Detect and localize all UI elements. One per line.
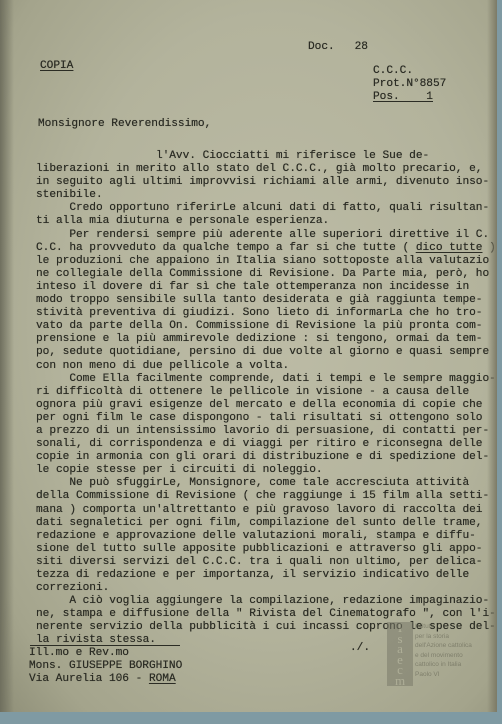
- body-line: sione del tutto sulle apposite pubblicaz…: [36, 543, 496, 556]
- body-line: correzioni.: [36, 582, 496, 595]
- body-line: prensione e la più ammirevole dedizione …: [36, 333, 496, 346]
- isacem-watermark-logo: Isaecm Istituto per la storia dell'Azion…: [387, 622, 479, 686]
- addressee-name: Mons. GIUSEPPE BORGHINO: [29, 660, 182, 672]
- logo-letter: m: [387, 676, 413, 687]
- body-line: mana ) comporta un'altrettanto e più gra…: [36, 504, 496, 517]
- body-line: siti diversi servizi del C.C.C. tra i qu…: [36, 556, 496, 569]
- addressee-street: Via Aurelia 106 -: [29, 673, 149, 685]
- addressee-title: Ill.mo e Rev.mo: [29, 647, 129, 659]
- body-line: a prezzo di un intensissimo lavorio di p…: [36, 425, 496, 438]
- body-line: Credo opportuno riferirLe alcuni dati di…: [36, 202, 496, 215]
- body-line: tezza di redazione e per importanza, il …: [36, 569, 496, 582]
- body-line: della Commissione di Revisione ( che rag…: [36, 490, 496, 503]
- logo-institution-text: Istituto per la storia dell'Azione catto…: [415, 622, 472, 680]
- body-line: le copie stesse per i circuiti di nolegg…: [36, 464, 496, 477]
- body-line: per ogni film le case dispongono - tali …: [36, 412, 496, 425]
- body-line: liberazioni in merito allo stato del C.C…: [36, 163, 496, 176]
- body-line: copie in armonia con gli orari di distri…: [36, 451, 496, 464]
- body-line: stività preventiva di giudizi. Sono liet…: [36, 307, 496, 320]
- body-line: Come Ella facilmente comprende, dati i t…: [36, 373, 496, 386]
- copy-label: COPIA: [40, 60, 73, 73]
- body-line: sonali, di corrispondenza e di viaggi pe…: [36, 438, 496, 451]
- body-line: ti alla mia diuturna e personale esperie…: [36, 215, 496, 228]
- body-line: ognora più gravi esigenze del mercato e …: [36, 399, 496, 412]
- address-divider: [30, 645, 180, 646]
- body-line: vato da parte della On. Commissione di R…: [36, 320, 496, 333]
- addressee-block: Ill.mo e Rev.mo Mons. GIUSEPPE BORGHINO …: [29, 647, 182, 686]
- body-line: C.C. ha provveduto da qualche tempo a fa…: [36, 242, 496, 255]
- body-line: Per rendersi sempre più aderente alle su…: [36, 229, 496, 242]
- document-page: Doc. 28 COPIA C.C.C. Prot.N°8857 Pos. 1 …: [0, 0, 497, 712]
- logo-letter-column: Isaecm: [387, 622, 413, 686]
- addressee-city: ROMA: [149, 673, 176, 685]
- body-line: po, sedute quotidiane, persino di due vo…: [36, 346, 496, 359]
- body-line: in seguito agli ultimi improvvisi richia…: [36, 176, 496, 189]
- body-line: ne collegiale della Commissione di Revis…: [36, 268, 496, 281]
- document-number: Doc. 28: [308, 41, 368, 54]
- body-line: inteso il dovere di far sì che tale otte…: [36, 281, 496, 294]
- body-line: modo troppo sensibile sulla tanto deside…: [36, 294, 496, 307]
- body-line: redazione e approvazione delle valutazio…: [36, 530, 496, 543]
- body-line: le produzioni che appaiono in Italia sia…: [36, 255, 496, 268]
- reference-block: C.C.C. Prot.N°8857 Pos. 1: [373, 65, 446, 104]
- office-code: C.C.C.: [373, 65, 413, 77]
- salutation: Monsignore Reverendissimo,: [38, 118, 211, 131]
- body-line: dati segnaletici per ogni film, compilaz…: [36, 517, 496, 530]
- position-number: Pos. 1: [373, 91, 433, 103]
- body-line: ne, stampa e diffusione della " Rivista …: [36, 608, 496, 621]
- body-line: Ne può sfuggirLe, Monsignore, come tale …: [36, 477, 496, 490]
- letter-body: l'Avv. Ciocciatti mi riferisce le Sue de…: [36, 150, 496, 648]
- body-line: ri difficoltà di ottenere le pellicole i…: [36, 386, 496, 399]
- protocol-number: Prot.N°8857: [373, 78, 446, 90]
- continuation-mark: ./.: [350, 642, 370, 655]
- underlined-emphasis: dico tutte: [416, 242, 483, 254]
- body-line: con non meno di due pellicole a volta.: [36, 360, 496, 373]
- body-line: l'Avv. Ciocciatti mi riferisce le Sue de…: [36, 150, 496, 163]
- body-line: A ciò voglia aggiungere la compilazione,…: [36, 595, 496, 608]
- body-line: stenibile.: [36, 189, 496, 202]
